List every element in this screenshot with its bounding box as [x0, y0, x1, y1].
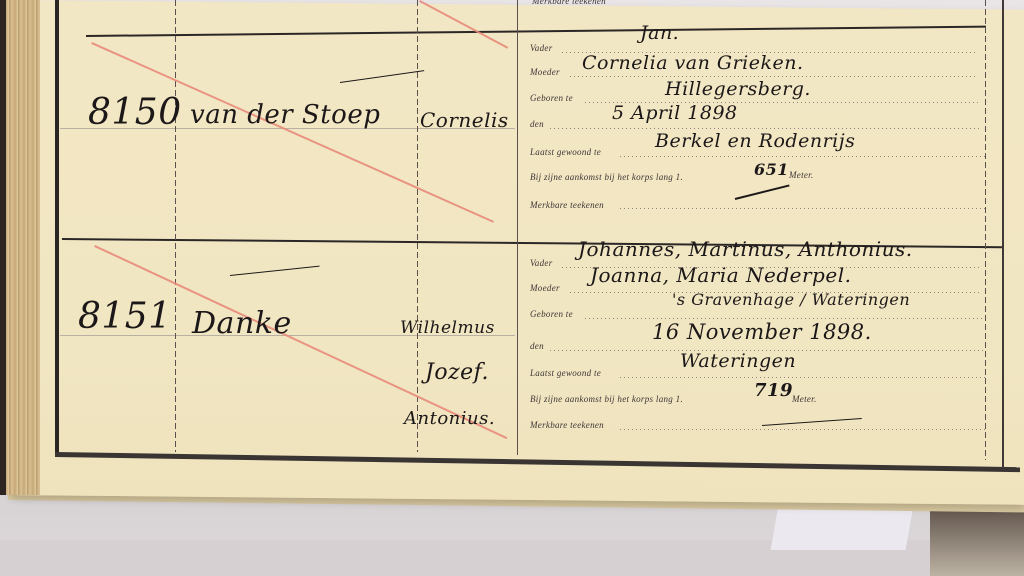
entry-laatst-gewoond-te: Berkel en Rodenrijs: [655, 130, 855, 152]
label-vader: Vader: [530, 258, 553, 268]
entry-laatst-gewoond-te: Wateringen: [680, 350, 796, 372]
label-moeder: Moeder: [530, 283, 560, 293]
entry-given-name-2: Jozef.: [425, 360, 489, 385]
table-frame-left: [55, 0, 59, 455]
entry-given-name-1: Cornelis: [420, 108, 509, 132]
label-merkbare-teekenen: Merkbare teekenen: [530, 200, 604, 210]
book-edge: [0, 0, 40, 495]
right-column-border: [1002, 0, 1004, 470]
entry-lengte: 651: [754, 160, 789, 179]
entry-geboren-te: Hillegersberg.: [665, 78, 811, 100]
entry-number: 8150: [88, 92, 182, 133]
label-moeder: Moeder: [530, 67, 560, 77]
label-den: den: [530, 341, 544, 351]
label-merkbare-teekenen-top: Merkbare teekenen: [532, 0, 606, 6]
label-geboren-te: Geboren te: [530, 309, 573, 319]
entry-vader: Jan.: [640, 22, 679, 44]
entry-given-name-3: Antonius.: [404, 408, 495, 429]
col-divider-given: [517, 0, 518, 455]
entry-lengte: 719: [754, 380, 793, 401]
binder-corner: [930, 505, 1024, 576]
col-divider-number: [175, 0, 176, 452]
entry-surname: Danke: [192, 306, 292, 341]
entry-geboren-te: 's Gravenhage / Wateringen: [672, 290, 910, 309]
label-den: den: [530, 119, 544, 129]
entry-den: 16 November 1898.: [652, 320, 872, 344]
col-divider-surname: [417, 0, 418, 452]
dotted-line: [620, 208, 988, 209]
dotted-line: [620, 429, 988, 430]
label-lengte-suffix: Meter.: [792, 394, 817, 404]
entry-moeder: Cornelia van Grieken.: [582, 52, 804, 74]
dotted-line: [570, 76, 978, 77]
entry-den: 5 April 1898: [612, 102, 738, 124]
label-laatst-gewoond-te: Laatst gewoond te: [530, 147, 601, 157]
dotted-line: [585, 318, 983, 319]
label-merkbare-teekenen: Merkbare teekenen: [530, 420, 604, 430]
dotted-line: [620, 156, 985, 157]
book-spine: [0, 0, 6, 495]
col-divider-right: [985, 0, 986, 460]
label-vader: Vader: [530, 43, 553, 53]
label-laatst-gewoond-te: Laatst gewoond te: [530, 368, 601, 378]
label-lengte-prefix: Bij zijne aankomst bij het korps lang 1.: [530, 172, 683, 182]
entry-surname: van der Stoep: [190, 100, 380, 130]
entry-moeder: Joanna, Maria Nederpel.: [590, 263, 851, 287]
dotted-line: [550, 128, 982, 129]
dotted-line: [620, 377, 986, 378]
entry-given-name-1: Wilhelmus: [400, 318, 495, 338]
label-lengte-suffix: Meter.: [789, 170, 814, 180]
label-geboren-te: Geboren te: [530, 93, 573, 103]
entry-number: 8151: [78, 296, 172, 337]
entry-vader: Johannes, Martinus, Anthonius.: [578, 237, 913, 261]
label-lengte-prefix: Bij zijne aankomst bij het korps lang 1.: [530, 394, 683, 404]
